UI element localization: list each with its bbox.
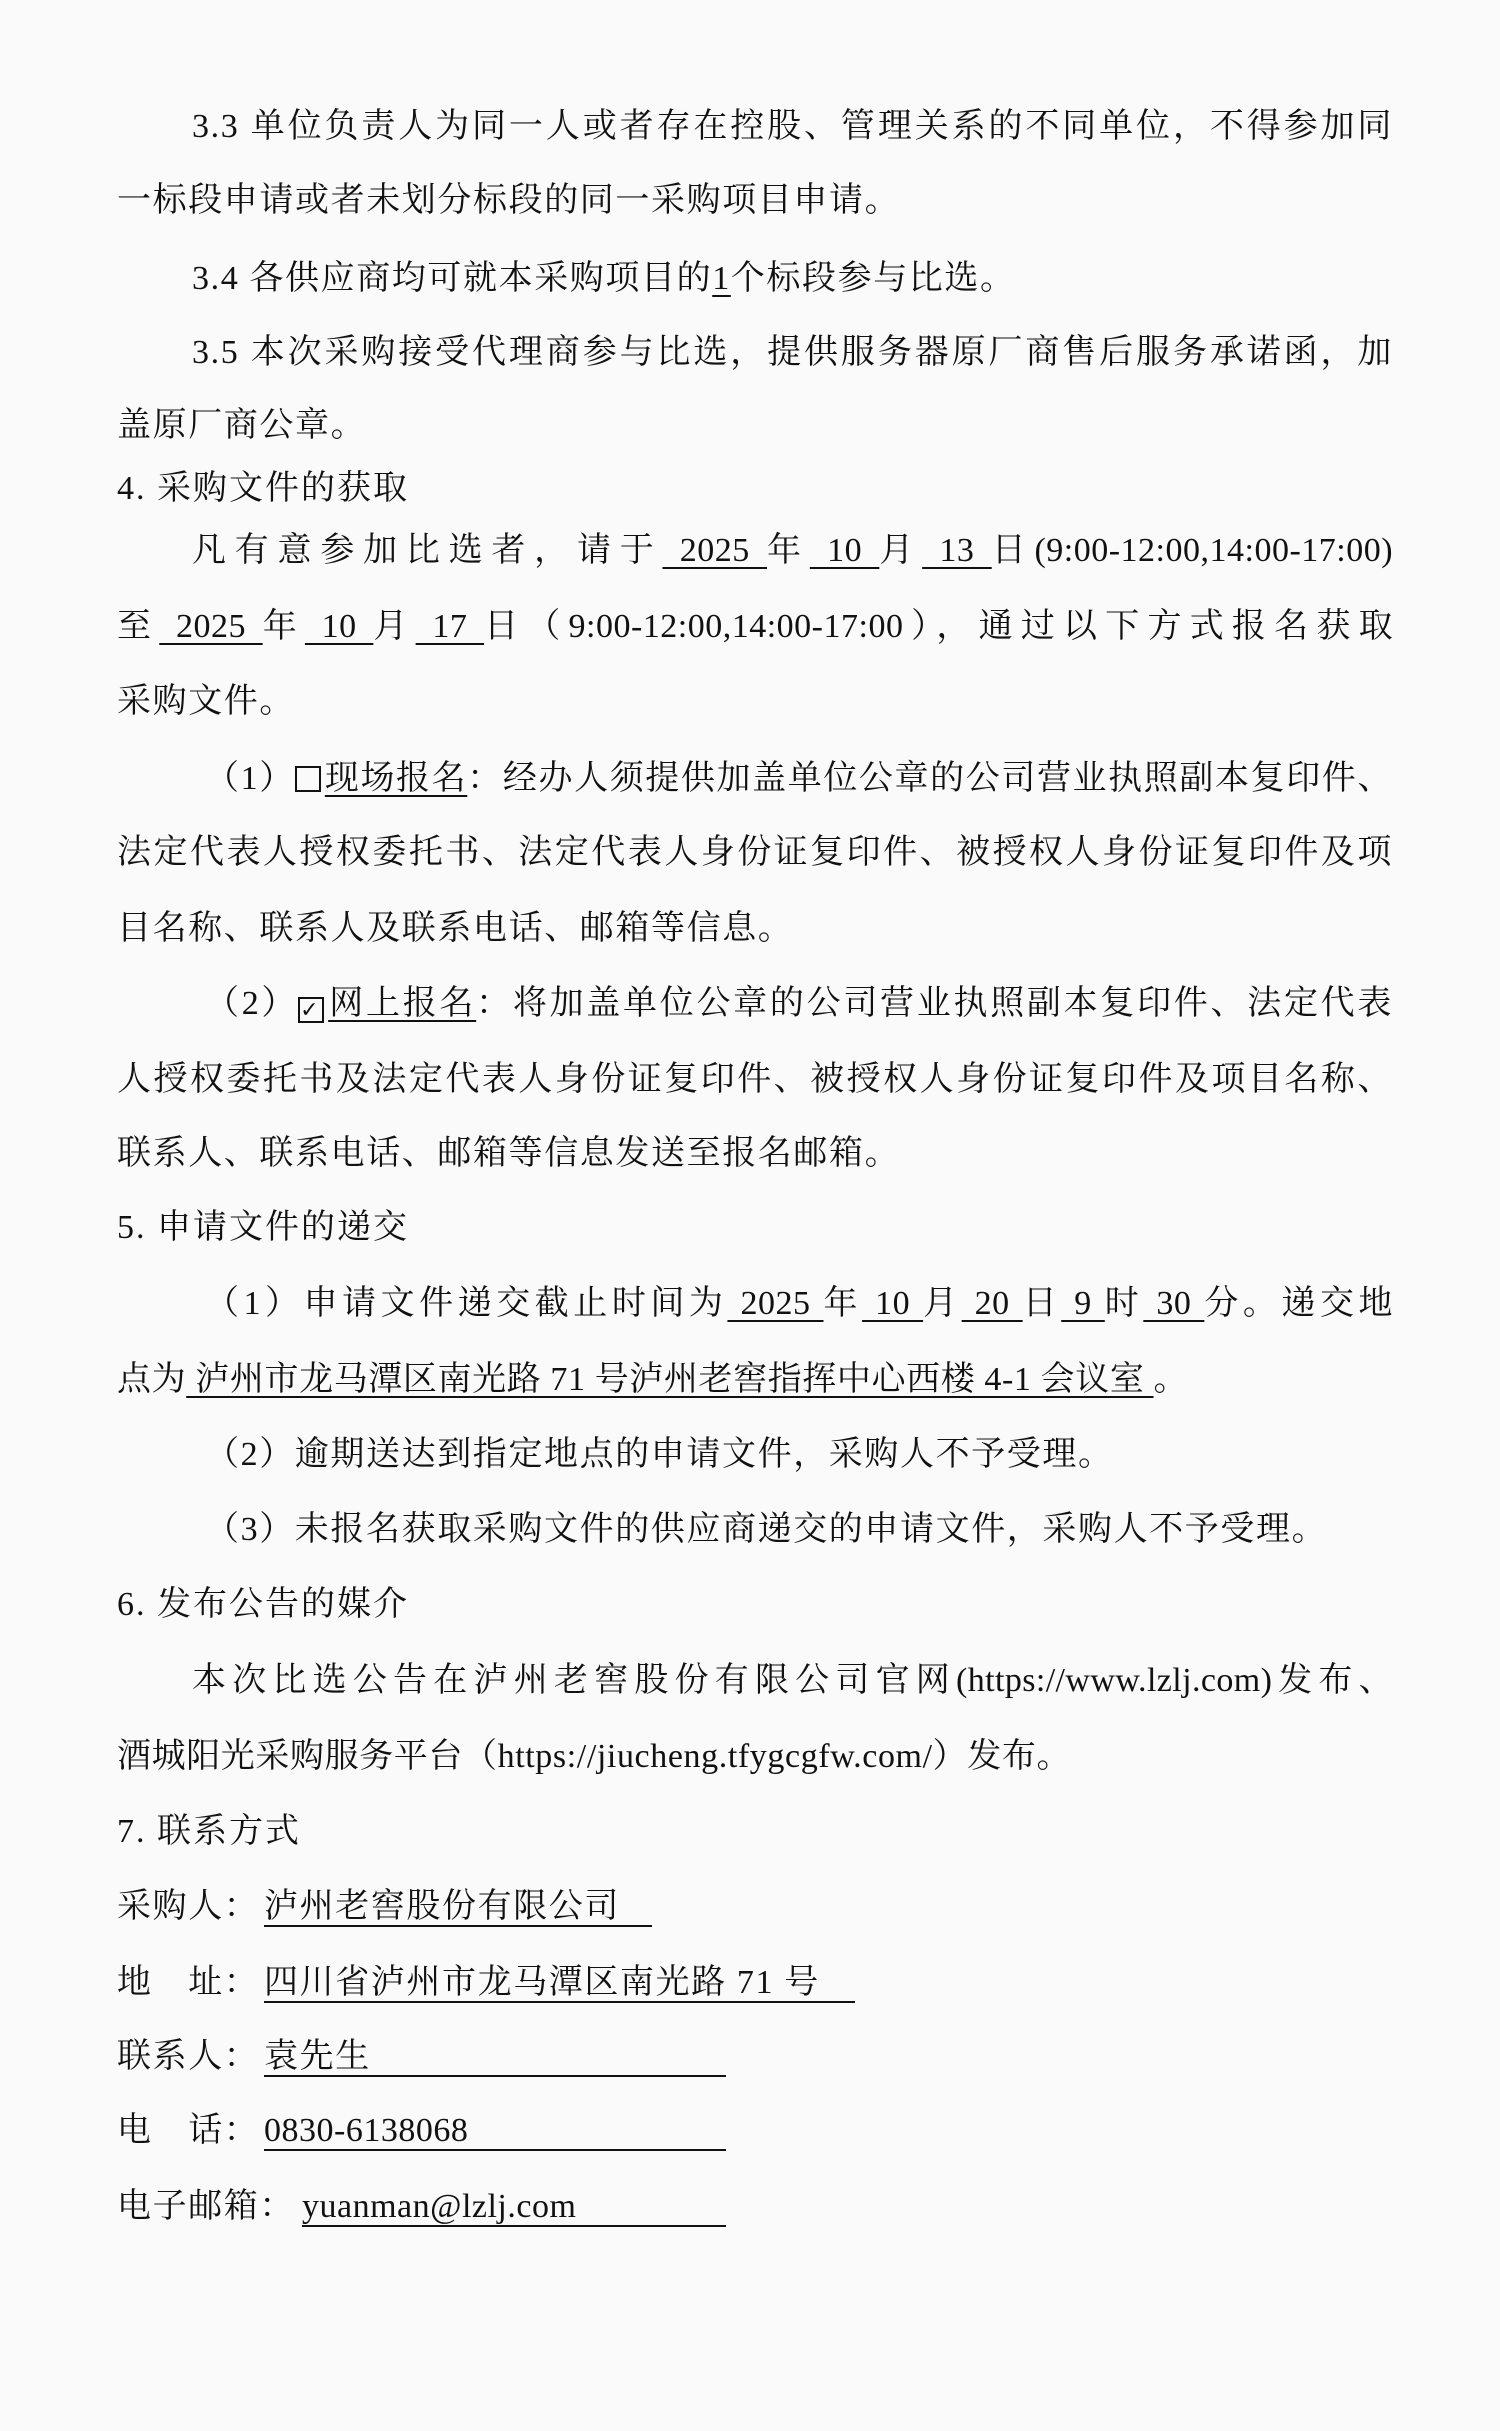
intro-end: 采购文件。 [117, 683, 295, 720]
email-value[interactable]: yuanman@lzlj.com [302, 2189, 726, 2227]
submission-location-field: 泸州市龙马潭区南光路 71 号泸州老窖指挥中心西楼 4-1 会议室 [186, 1361, 1153, 1398]
onsite-number: （1） [205, 760, 295, 797]
onsite-registration-line-3: 目名称、联系人及联系电话、邮箱等信息。 [117, 907, 1393, 951]
para-3-3-line-2: 一标段申请或者未划分标段的同一采购项目申请。 [117, 179, 1393, 223]
contact-person-value: 袁先生 [264, 2039, 726, 2077]
deadline-month-field: 10 [862, 1285, 923, 1322]
section-count-field: 1 [712, 260, 731, 297]
section-5-title: 5. 申请文件的递交 [117, 1209, 409, 1246]
contact-purchaser: 采购人：泸州老窖股份有限公司 [117, 1885, 1393, 1929]
deadline-pre: （1）申请文件递交截止时间为 [205, 1285, 727, 1322]
onsite-text-2: 法定代表人授权委托书、法定代表人身份证复印件、被授权人身份证复印件及项 [117, 834, 1393, 871]
contact-address: 地 址：四川省泸州市龙马潭区南光路 71 号 [117, 1961, 1393, 2005]
online-option: ✓网上报名 [298, 985, 476, 1022]
phone-label: 电 话： [117, 2109, 264, 2153]
para-3-3-text-1: 3.3 单位负责人为同一人或者存在控股、管理关系的不同单位，不得参加同 [192, 108, 1393, 145]
online-checkbox[interactable]: ✓ [298, 997, 324, 1023]
contact-phone: 电 话：0830-6138068 [117, 2109, 1393, 2153]
deadline-day-field: 20 [962, 1285, 1023, 1322]
year-label: 年 [263, 608, 305, 645]
start-hours: (9:00-12:00,14:00-17:00) [1034, 532, 1393, 569]
document-page: 3.3 单位负责人为同一人或者存在控股、管理关系的不同单位，不得参加同 一标段申… [0, 0, 1500, 2431]
section-4-intro-line-2: 至 2025 年 10 月 17 日（9:00-12:00,14:00-17:0… [117, 605, 1393, 649]
address-label: 地 址： [117, 1961, 264, 2005]
hour-label: 时 [1105, 1285, 1144, 1322]
media-line-2: 酒城阳光采购服务平台（https://jiucheng.tfygcgfw.com… [117, 1735, 1393, 1779]
section-4-intro-line-1: 凡有意参加比选者，请于 2025 年 10 月 13 日(9:00-12:00,… [117, 529, 1393, 573]
contact-person: 联系人：袁先生 [117, 2035, 1393, 2079]
onsite-registration-line-2: 法定代表人授权委托书、法定代表人身份证复印件、被授权人身份证复印件及项 [117, 831, 1393, 875]
end-month-field: 10 [305, 608, 373, 645]
contact-email: 电子邮箱：yuanman@lzlj.com [117, 2185, 1393, 2229]
purchaser-value: 泸州老窖股份有限公司 [264, 1889, 652, 1927]
phone-value: 0830-6138068 [264, 2113, 726, 2151]
media-text-2: 酒城阳光采购服务平台（https://jiucheng.tfygcgfw.com… [117, 1738, 1071, 1775]
email-label: 电子邮箱： [117, 2185, 302, 2229]
section-4-intro-line-3: 采购文件。 [117, 680, 1393, 724]
day-label: 日 [992, 532, 1035, 569]
colon: ： [467, 760, 503, 797]
deadline-hour-field: 9 [1061, 1285, 1105, 1322]
section-7-heading: 7. 联系方式 [117, 1810, 1393, 1854]
para-3-5-line-2: 盖原厂商公章。 [117, 404, 1393, 448]
onsite-label: 现场报名 [325, 760, 467, 797]
month-label: 月 [879, 532, 922, 569]
colon: ： [476, 985, 513, 1022]
para-3-5-line-1: 3.5 本次采购接受代理商参与比选，提供服务器原厂商售后服务承诺函，加 [117, 331, 1393, 375]
media-line-1: 本次比选公告在泸州老窖股份有限公司官网(https://www.lzlj.com… [117, 1659, 1393, 1703]
month-label: 月 [923, 1285, 962, 1322]
intro-pre: 凡有意参加比选者，请于 [192, 532, 662, 569]
section-6-title: 6. 发布公告的媒介 [117, 1586, 409, 1623]
onsite-text-1: 经办人须提供加盖单位公章的公司营业执照副本复印件、 [503, 760, 1393, 797]
onsite-text-3: 目名称、联系人及联系电话、邮箱等信息。 [117, 910, 793, 947]
end-hours: （9:00-12:00,14:00-17:00），通过以下方式报名获取 [526, 608, 1393, 645]
media-text-1: 本次比选公告在泸州老窖股份有限公司官网(https://www.lzlj.com… [192, 1662, 1393, 1699]
rule-2-text: （2）逾期送达到指定地点的申请文件，采购人不予受理。 [205, 1436, 1114, 1473]
para-3-5-text-1: 3.5 本次采购接受代理商参与比选，提供服务器原厂商售后服务承诺函，加 [192, 334, 1393, 371]
para-3-3-text-2: 一标段申请或者未划分标段的同一采购项目申请。 [117, 182, 900, 219]
start-year-field: 2025 [662, 532, 767, 569]
deadline-line-2: 点为 泸州市龙马潭区南光路 71 号泸州老窖指挥中心西楼 4-1 会议室 。 [117, 1358, 1393, 1402]
year-label: 年 [767, 532, 810, 569]
section-4-heading: 4. 采购文件的获取 [117, 467, 1393, 511]
day-label: 日 [1023, 1285, 1062, 1322]
online-label: 网上报名 [328, 985, 476, 1022]
unregistered-rule: （3）未报名获取采购文件的供应商递交的申请文件，采购人不予受理。 [117, 1508, 1393, 1552]
deadline-minute-field: 30 [1143, 1285, 1204, 1322]
para-3-4-post: 个标段参与比选。 [731, 260, 1016, 297]
onsite-checkbox[interactable] [295, 766, 321, 792]
section-7-title: 7. 联系方式 [117, 1813, 301, 1850]
online-registration-line-1: （2）✓网上报名：将加盖单位公章的公司营业执照副本复印件、法定代表 [117, 982, 1393, 1026]
para-3-5-text-2: 盖原厂商公章。 [117, 407, 366, 444]
onsite-option: 现场报名 [295, 760, 467, 797]
minute-label: 分。递交地 [1204, 1285, 1393, 1322]
checkmark-icon: ✓ [300, 997, 318, 1022]
para-3-4-pre: 3.4 各供应商均可就本采购项目的 [192, 260, 712, 297]
para-3-3-line-1: 3.3 单位负责人为同一人或者存在控股、管理关系的不同单位，不得参加同 [117, 105, 1393, 149]
section-4-title: 4. 采购文件的获取 [117, 470, 409, 507]
deadline-year-field: 2025 [727, 1285, 823, 1322]
start-day-field: 13 [922, 532, 992, 569]
address-value: 四川省泸州市龙马潭区南光路 71 号 [264, 1965, 855, 2003]
year-label: 年 [824, 1285, 863, 1322]
end-day-field: 17 [416, 608, 484, 645]
section-6-heading: 6. 发布公告的媒介 [117, 1583, 1393, 1627]
start-month-field: 10 [810, 532, 880, 569]
online-registration-line-3: 联系人、联系电话、邮箱等信息发送至报名邮箱。 [117, 1132, 1393, 1176]
online-text-1: 将加盖单位公章的公司营业执照副本复印件、法定代表 [513, 985, 1393, 1022]
deadline-line-1: （1）申请文件递交截止时间为 2025 年 10 月 20 日 9 时 30 分… [117, 1282, 1393, 1326]
to-label: 至 [117, 608, 159, 645]
onsite-registration-line-1: （1）现场报名：经办人须提供加盖单位公章的公司营业执照副本复印件、 [117, 757, 1393, 801]
location-end: 。 [1154, 1361, 1189, 1398]
online-number: （2） [205, 985, 298, 1022]
late-submission-rule: （2）逾期送达到指定地点的申请文件，采购人不予受理。 [117, 1433, 1393, 1477]
para-3-4: 3.4 各供应商均可就本采购项目的1个标段参与比选。 [117, 257, 1393, 301]
purchaser-label: 采购人： [117, 1885, 264, 1929]
end-year-field: 2025 [159, 608, 262, 645]
location-pre: 点为 [117, 1361, 186, 1398]
day-label: 日 [484, 608, 526, 645]
rule-3-text: （3）未报名获取采购文件的供应商递交的申请文件，采购人不予受理。 [205, 1511, 1327, 1548]
online-text-3: 联系人、联系电话、邮箱等信息发送至报名邮箱。 [117, 1135, 900, 1172]
contact-person-label: 联系人： [117, 2035, 264, 2079]
month-label: 月 [373, 608, 415, 645]
section-5-heading: 5. 申请文件的递交 [117, 1206, 1393, 1250]
online-text-2: 人授权委托书及法定代表人身份证复印件、被授权人身份证复印件及项目名称、 [117, 1061, 1393, 1098]
online-registration-line-2: 人授权委托书及法定代表人身份证复印件、被授权人身份证复印件及项目名称、 [117, 1058, 1393, 1102]
